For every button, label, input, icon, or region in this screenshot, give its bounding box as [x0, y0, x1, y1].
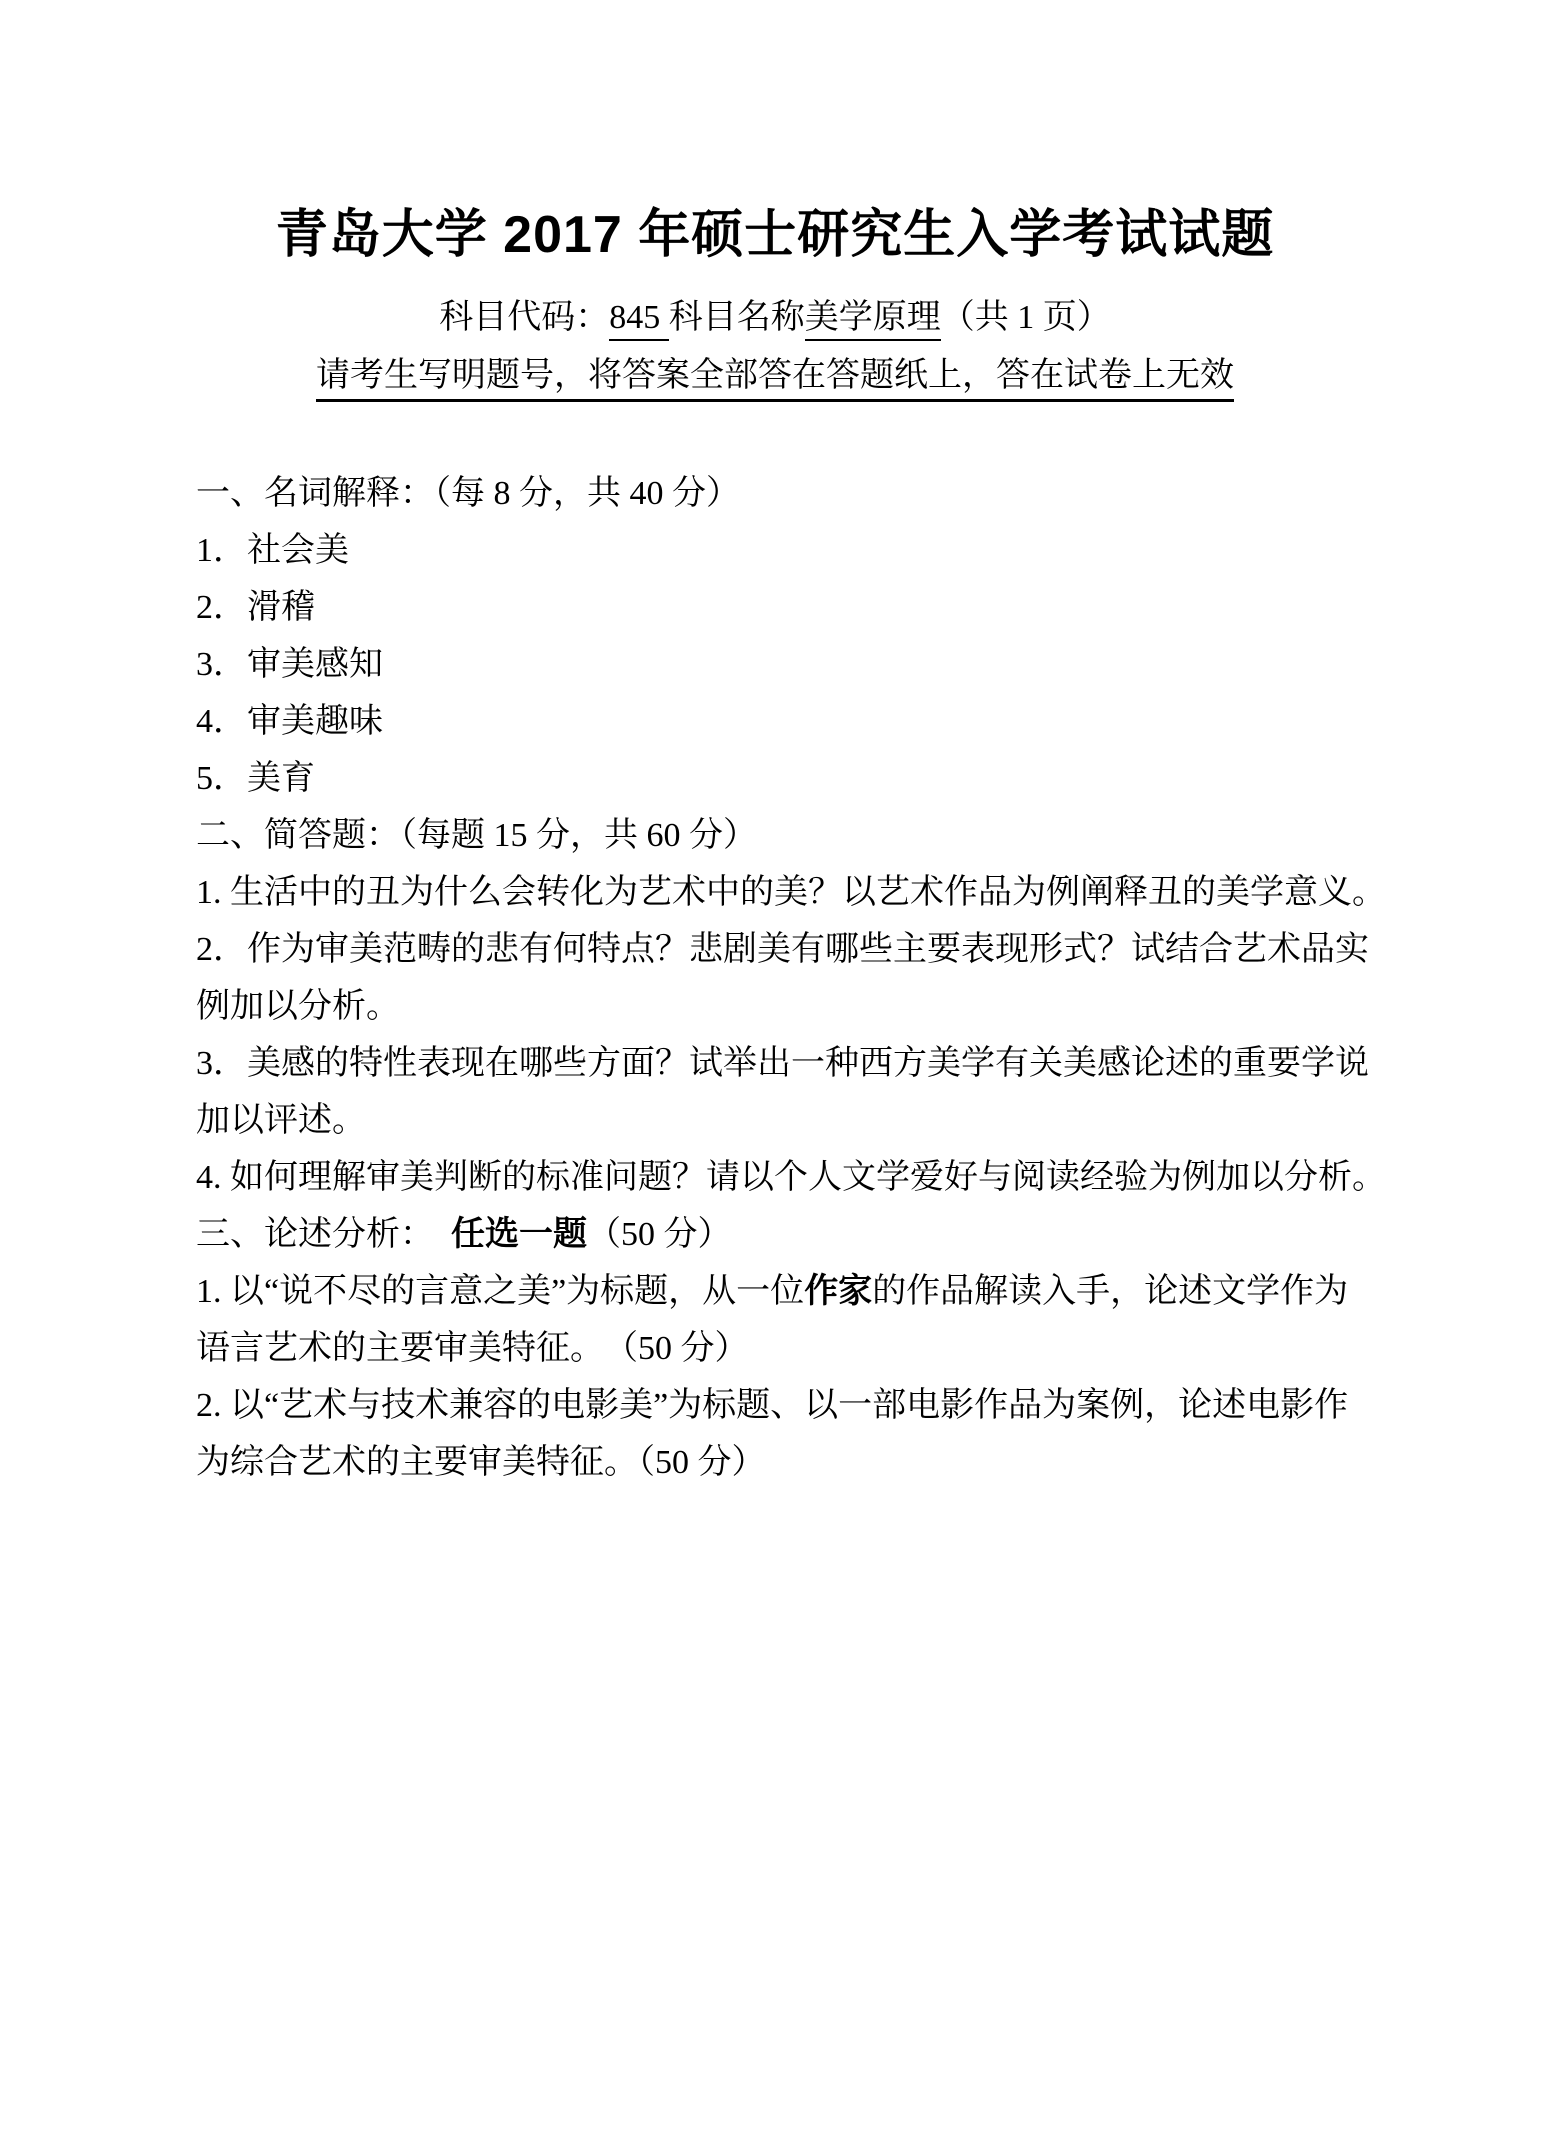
- body-line: 加以评述。: [196, 1092, 1370, 1149]
- page-title: 青岛大学 2017 年硕士研究生入学考试试题: [0, 205, 1550, 265]
- body-line: 例加以分析。: [196, 978, 1370, 1035]
- body-line: 3．美感的特性表现在哪些方面？试举出一种西方美学有关美感论述的重要学说: [196, 1035, 1370, 1092]
- subject-line: 科目代码：845 科目名称美学原理（共 1 页）: [0, 295, 1550, 341]
- body-line: 3．审美感知: [196, 636, 1370, 693]
- exam-body: 一、名词解释：（每 8 分，共 40 分） 1．社会美 2．滑稽 3．审美感知 …: [196, 465, 1370, 1491]
- body-line: 2．滑稽: [196, 579, 1370, 636]
- body-line: 1. 以“说不尽的言意之美”为标题，从一位作家的作品解读入手，论述文学作为: [196, 1263, 1370, 1320]
- body-line: 1. 生活中的丑为什么会转化为艺术中的美？以艺术作品为例阐释丑的美学意义。: [196, 864, 1370, 921]
- body-line: 2．作为审美范畴的悲有何特点？悲剧美有哪些主要表现形式？试结合艺术品实: [196, 921, 1370, 978]
- exam-paper-page: 青岛大学 2017 年硕士研究生入学考试试题 科目代码：845 科目名称美学原理…: [0, 0, 1550, 2150]
- body-line: 为综合艺术的主要审美特征。（50 分）: [196, 1434, 1370, 1491]
- body-line: 4. 如何理解审美判断的标准问题？请以个人文学爱好与阅读经验为例加以分析。: [196, 1149, 1370, 1206]
- body-line: 语言艺术的主要审美特征。 （50 分）: [196, 1320, 1370, 1377]
- section-3-heading: 三、论述分析： 任选一题（50 分）: [196, 1206, 1370, 1263]
- body-line: 4．审美趣味: [196, 693, 1370, 750]
- body-line: 5．美育: [196, 750, 1370, 807]
- body-line: 1．社会美: [196, 522, 1370, 579]
- section-2-heading: 二、简答题：（每题 15 分，共 60 分）: [196, 807, 1370, 864]
- notice-line: 请考生写明题号，将答案全部答在答题纸上，答在试卷上无效: [0, 353, 1550, 399]
- section-1-heading: 一、名词解释：（每 8 分，共 40 分）: [196, 465, 1370, 522]
- exam-header: 青岛大学 2017 年硕士研究生入学考试试题 科目代码：845 科目名称美学原理…: [0, 0, 1550, 399]
- body-line: 2. 以“艺术与技术兼容的电影美”为标题、以一部电影作品为案例，论述电影作: [196, 1377, 1370, 1434]
